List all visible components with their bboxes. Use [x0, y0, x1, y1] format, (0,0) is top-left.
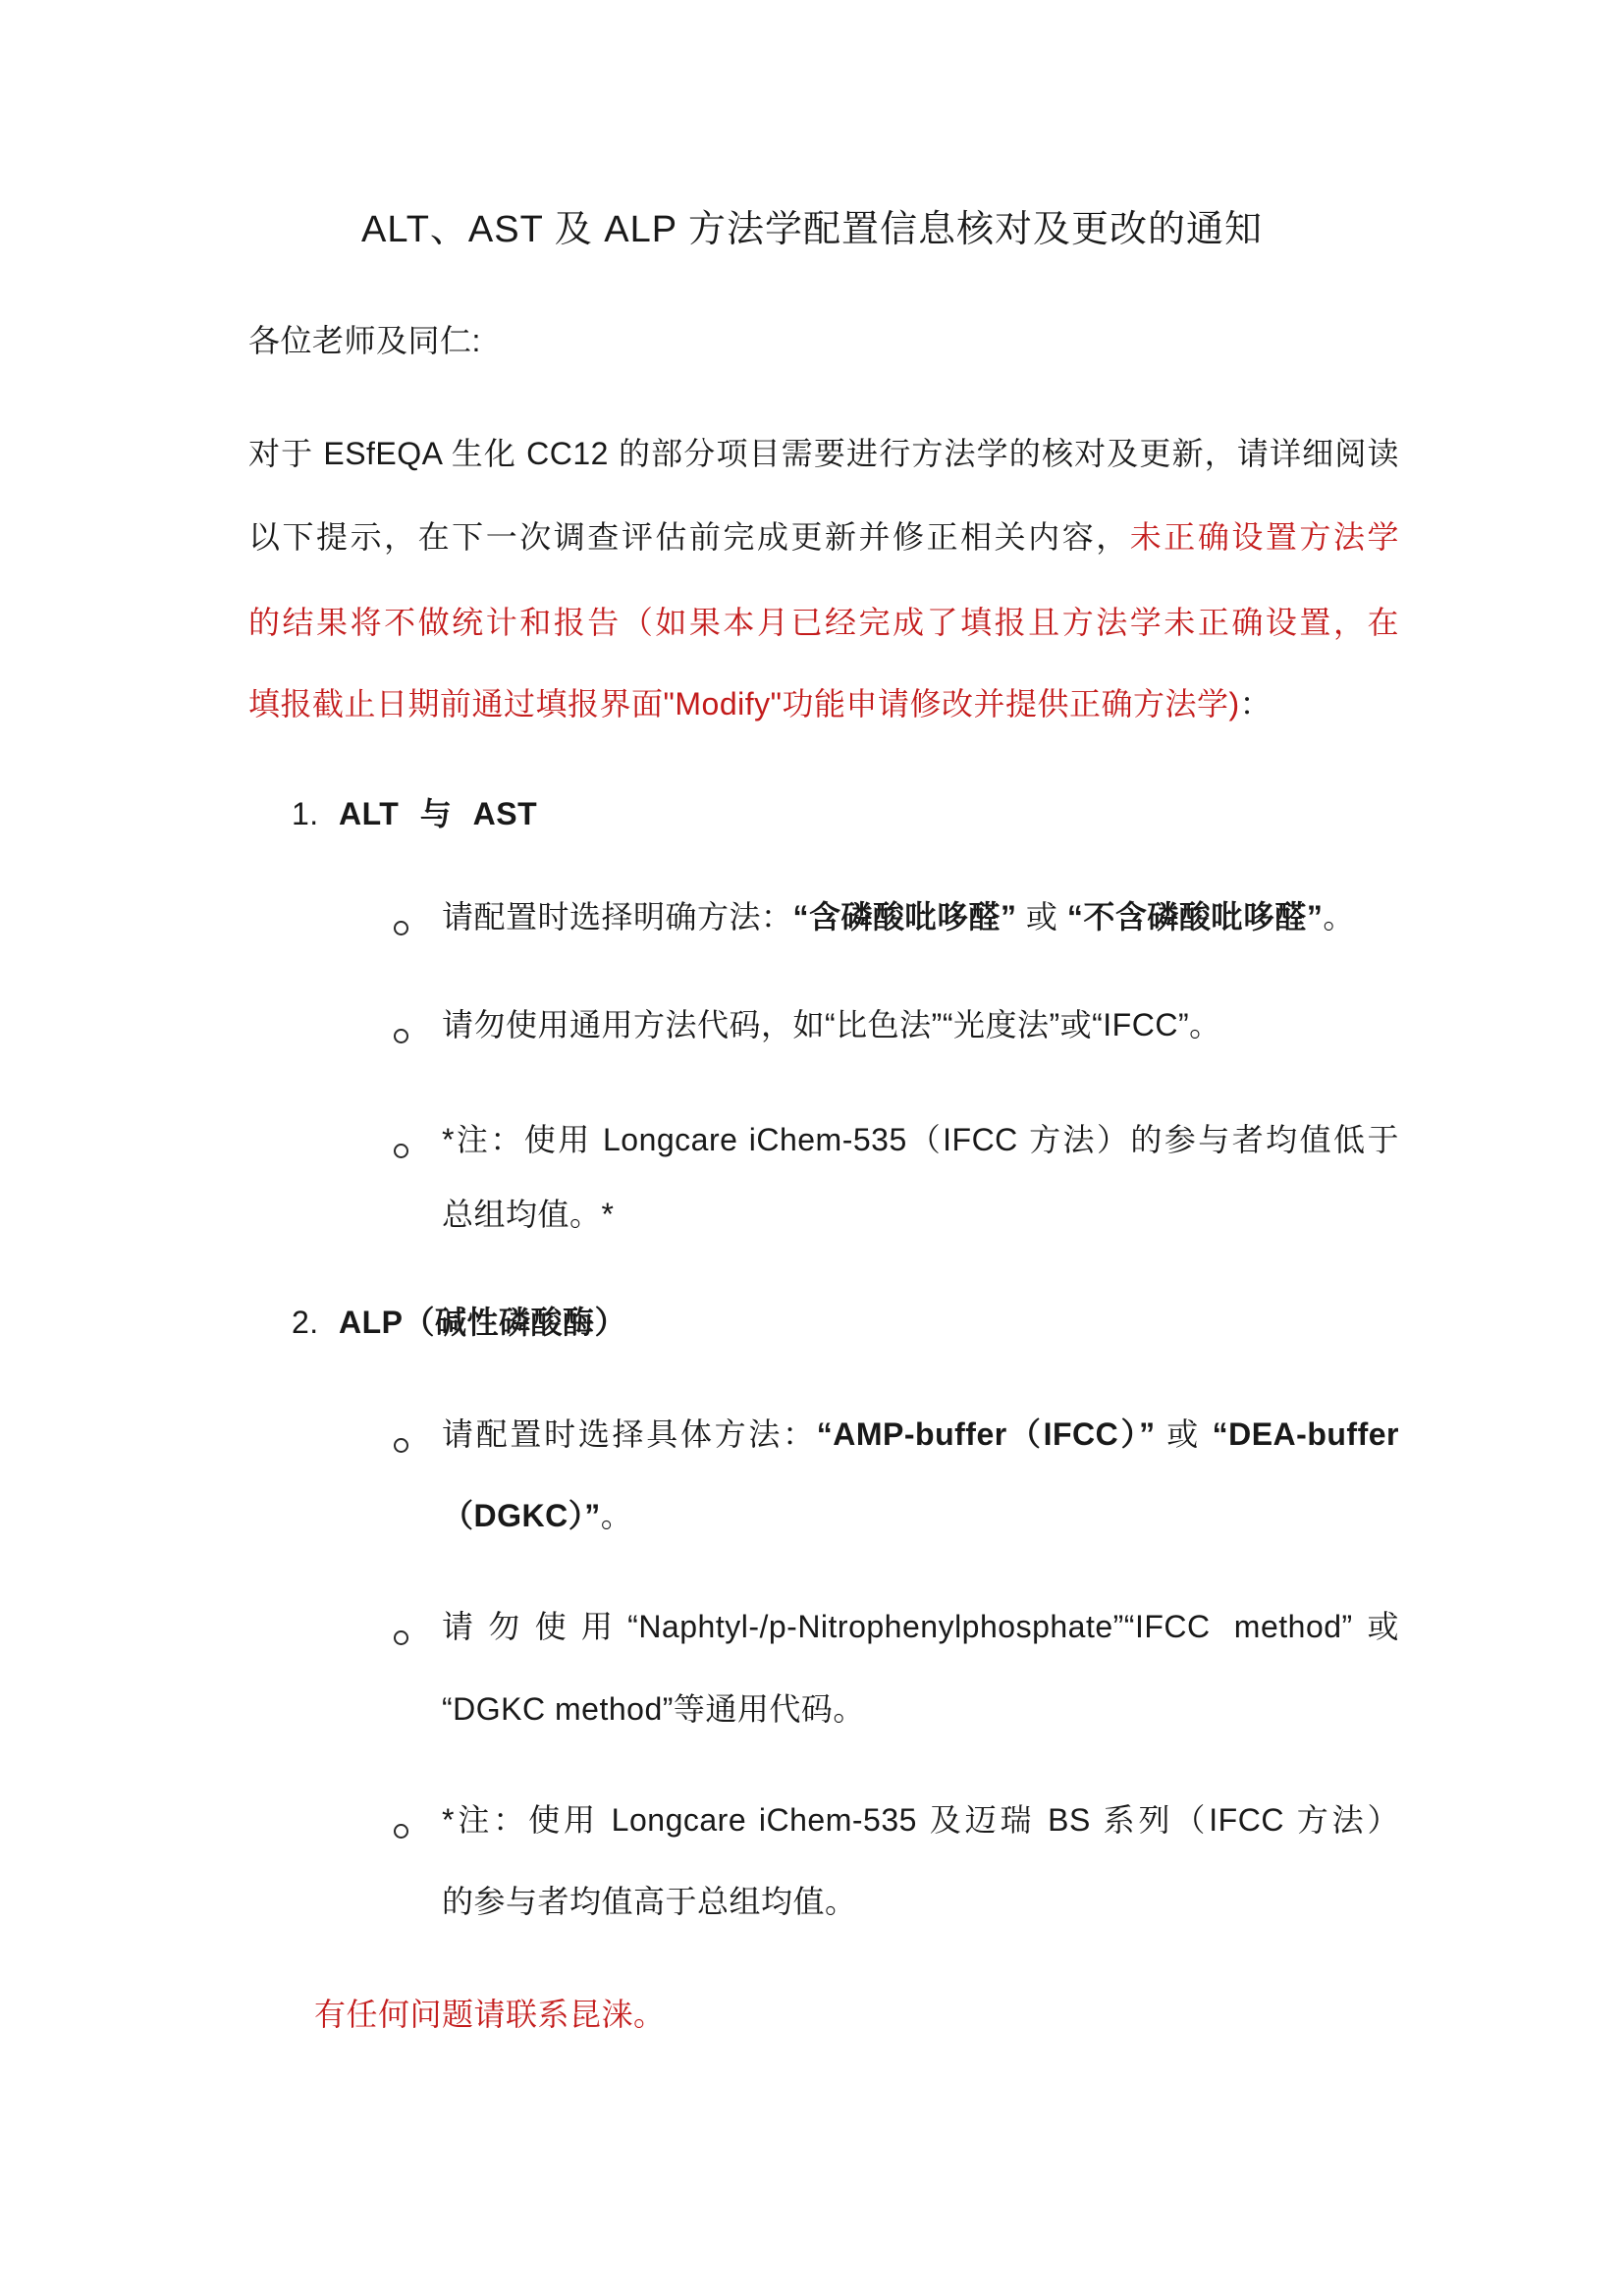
s1-bullet2-line: 请勿使用通用方法代码，如“比色法”“光度法”或“IFCC”。 [442, 1003, 1221, 1046]
s2-bullet3-line1: *注：使用 Longcare iChem-535 及迈瑞 BS 系列（IFCC … [442, 1798, 1399, 1842]
s1-bullet1-or: 或 [1017, 899, 1067, 934]
intro-line-2-red: 未正确设置方法学 [1130, 519, 1399, 555]
bullet-circle-icon [394, 1630, 408, 1645]
intro-line-3: 的结果将不做统计和报告（如果本月已经完成了填报且方法学未正确设置，在 [248, 601, 1399, 644]
closing-contact-line: 有任何问题请联系昆涞。 [314, 1993, 666, 2036]
section2-number: 2. [292, 1301, 319, 1344]
intro-line-3-red: 的结果将不做统计和报告（如果本月已经完成了填报且方法学未正确设置，在 [248, 605, 1399, 640]
s1-bullet3-line1: *注：使用 Longcare iChem-535（IFCC 方法）的参与者均值低… [442, 1118, 1399, 1161]
s1-bullet2-text: 请勿使用通用方法代码，如“比色法”“光度法”或“IFCC”。 [442, 1007, 1221, 1042]
intro-line-4-colon: ： [1240, 686, 1272, 721]
s2-bullet2-line2-text: “DGKC method”等通用代码。 [442, 1691, 865, 1727]
s1-bullet3-line2: 总组均值。* [442, 1193, 614, 1236]
doc-title: ALT、AST 及 ALP 方法学配置信息核对及更改的通知 [0, 204, 1624, 255]
s1-bullet1-term2: “不含磷酸吡哆醛” [1067, 899, 1324, 934]
bullet-circle-icon [394, 921, 408, 935]
s2-bullet1-prefix: 请配置时选择具体方法： [442, 1416, 817, 1452]
s2-bullet1-line2: （DGKC）”。 [442, 1494, 632, 1537]
s2-bullet2-line2: “DGKC method”等通用代码。 [442, 1687, 865, 1731]
s1-bullet3-line2-text: 总组均值。* [442, 1197, 614, 1232]
section1-heading-line: 1. ALT 与 AST [0, 792, 1624, 835]
s1-bullet1-prefix: 请配置时选择明确方法： [442, 899, 793, 934]
bullet-circle-icon [394, 1029, 408, 1043]
s2-bullet1-term1: “AMP-buffer（IFCC）” [817, 1416, 1156, 1452]
intro-line-4: 填报截止日期前通过填报界面"Modify"功能申请修改并提供正确方法学)： [248, 682, 1272, 725]
bullet-circle-icon [394, 1438, 408, 1453]
s2-bullet1-term2: “DEA-buffer [1213, 1416, 1399, 1452]
s1-bullet3-line1-text: *注：使用 Longcare iChem-535（IFCC 方法）的参与者均值低… [442, 1122, 1399, 1157]
section1-number: 1. [292, 792, 319, 835]
bullet-circle-icon [394, 1824, 408, 1839]
intro-line-2: 以下提示，在下一次调查评估前完成更新并修正相关内容，未正确设置方法学 [248, 515, 1399, 559]
s2-bullet2-line1-text: 请勿使用“Naphtyl-/p-Nitrophenylphosphate”“IF… [442, 1609, 1399, 1644]
section1-heading: ALT 与 AST [339, 792, 537, 835]
s2-bullet1-end: 。 [601, 1498, 633, 1533]
s2-bullet3-line2-text: 的参与者均值高于总组均值。 [442, 1884, 857, 1919]
s2-bullet2-line1: 请勿使用“Naphtyl-/p-Nitrophenylphosphate”“IF… [442, 1605, 1399, 1648]
section2-heading-line: 2. ALP（碱性磷酸酶） [0, 1301, 1624, 1344]
section2-heading: ALP（碱性磷酸酶） [339, 1301, 626, 1344]
greeting-line: 各位老师及同仁: [248, 319, 481, 362]
s2-bullet3-line2: 的参与者均值高于总组均值。 [442, 1880, 857, 1923]
s2-bullet3-line1-text: *注：使用 Longcare iChem-535 及迈瑞 BS 系列（IFCC … [442, 1802, 1399, 1838]
intro-line-2-black: 以下提示，在下一次调查评估前完成更新并修正相关内容， [248, 519, 1130, 555]
s2-bullet1-term2-wrap: （DGKC）” [442, 1498, 601, 1533]
bullet-circle-icon [394, 1144, 408, 1158]
s2-bullet1-line1: 请配置时选择具体方法：“AMP-buffer（IFCC）” 或 “DEA-buf… [442, 1413, 1399, 1456]
intro-line-1-text: 对于 ESfEQA 生化 CC12 的部分项目需要进行方法学的核对及更新，请详细… [248, 436, 1399, 471]
s1-bullet1-line: 请配置时选择明确方法：“含磷酸吡哆醛” 或 “不含磷酸吡哆醛”。 [442, 895, 1355, 938]
intro-line-1: 对于 ESfEQA 生化 CC12 的部分项目需要进行方法学的核对及更新，请详细… [248, 432, 1399, 475]
intro-line-4-red: 填报截止日期前通过填报界面"Modify"功能申请修改并提供正确方法学) [248, 686, 1240, 721]
document-page: ALT、AST 及 ALP 方法学配置信息核对及更改的通知 各位老师及同仁: 对… [0, 0, 1624, 2296]
s2-bullet1-or: 或 [1156, 1416, 1213, 1452]
s1-bullet1-end: 。 [1323, 899, 1355, 934]
s1-bullet1-term1: “含磷酸吡哆醛” [793, 899, 1017, 934]
